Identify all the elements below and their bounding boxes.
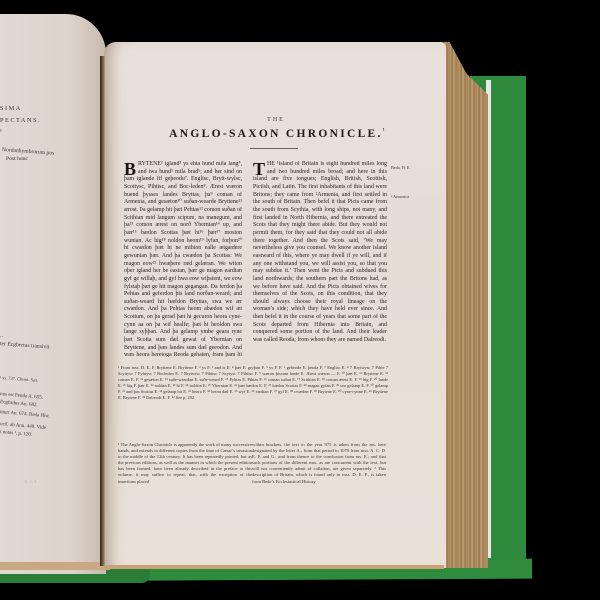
title-footnote-mark: ¹ bbox=[383, 128, 387, 134]
page-block-fore-edge bbox=[440, 42, 488, 568]
page-title-text: ANGLO-SAXON CHRONICLE. bbox=[169, 128, 383, 140]
english-translation-column: THE ¹island of Britain is eight hundred … bbox=[253, 161, 387, 361]
dropcap: T bbox=[253, 162, 265, 176]
left-page bbox=[0, 14, 106, 574]
left-page-text: PECTANS. bbox=[0, 117, 41, 124]
anglo-saxon-text: RYTENE² igland³ ys ehta hund mila lang⁴,… bbox=[124, 161, 242, 357]
margin-note: ² Armorica bbox=[391, 194, 409, 199]
left-page-text: ‥ bbox=[0, 333, 3, 339]
left-page-text: ¹ bbox=[0, 128, 2, 135]
page-title: ANGLO-SAXON CHRONICLE.¹ bbox=[148, 128, 408, 140]
left-page-text: SIMA bbox=[0, 105, 22, 112]
margin-note: Beda, H. E. bbox=[391, 165, 410, 170]
variant-readings: ¹ From mss. D. E. F. Bryttene E. Brytten… bbox=[118, 365, 388, 437]
dropcap: B bbox=[124, 162, 136, 176]
anglo-saxon-text-column: BRYTENE² igland³ ys ehta hund mila lang⁴… bbox=[124, 161, 242, 357]
book-photograph: SIMA PECTANS. ¹ Nordanhymbrorum pos Post… bbox=[0, 0, 600, 600]
left-page-edge bbox=[0, 562, 110, 570]
right-page-edge bbox=[104, 565, 444, 569]
footnote-left: ¹ The Anglo-Saxon Chronicle is apparentl… bbox=[118, 442, 252, 485]
title-prefix: THE bbox=[246, 117, 306, 123]
book-gutter bbox=[100, 56, 106, 566]
left-page-signature-mark: A. 2. 3 bbox=[24, 479, 36, 484]
show-through-running-head: · · · · · · · · · · · · · · bbox=[210, 91, 360, 94]
left-page-text: Post hunc bbox=[6, 156, 28, 162]
english-text: HE ¹island of Britain is eight hundred m… bbox=[253, 161, 387, 343]
title-rule bbox=[250, 148, 298, 149]
footnote-right: within brackets, the text to the year 97… bbox=[252, 442, 386, 485]
